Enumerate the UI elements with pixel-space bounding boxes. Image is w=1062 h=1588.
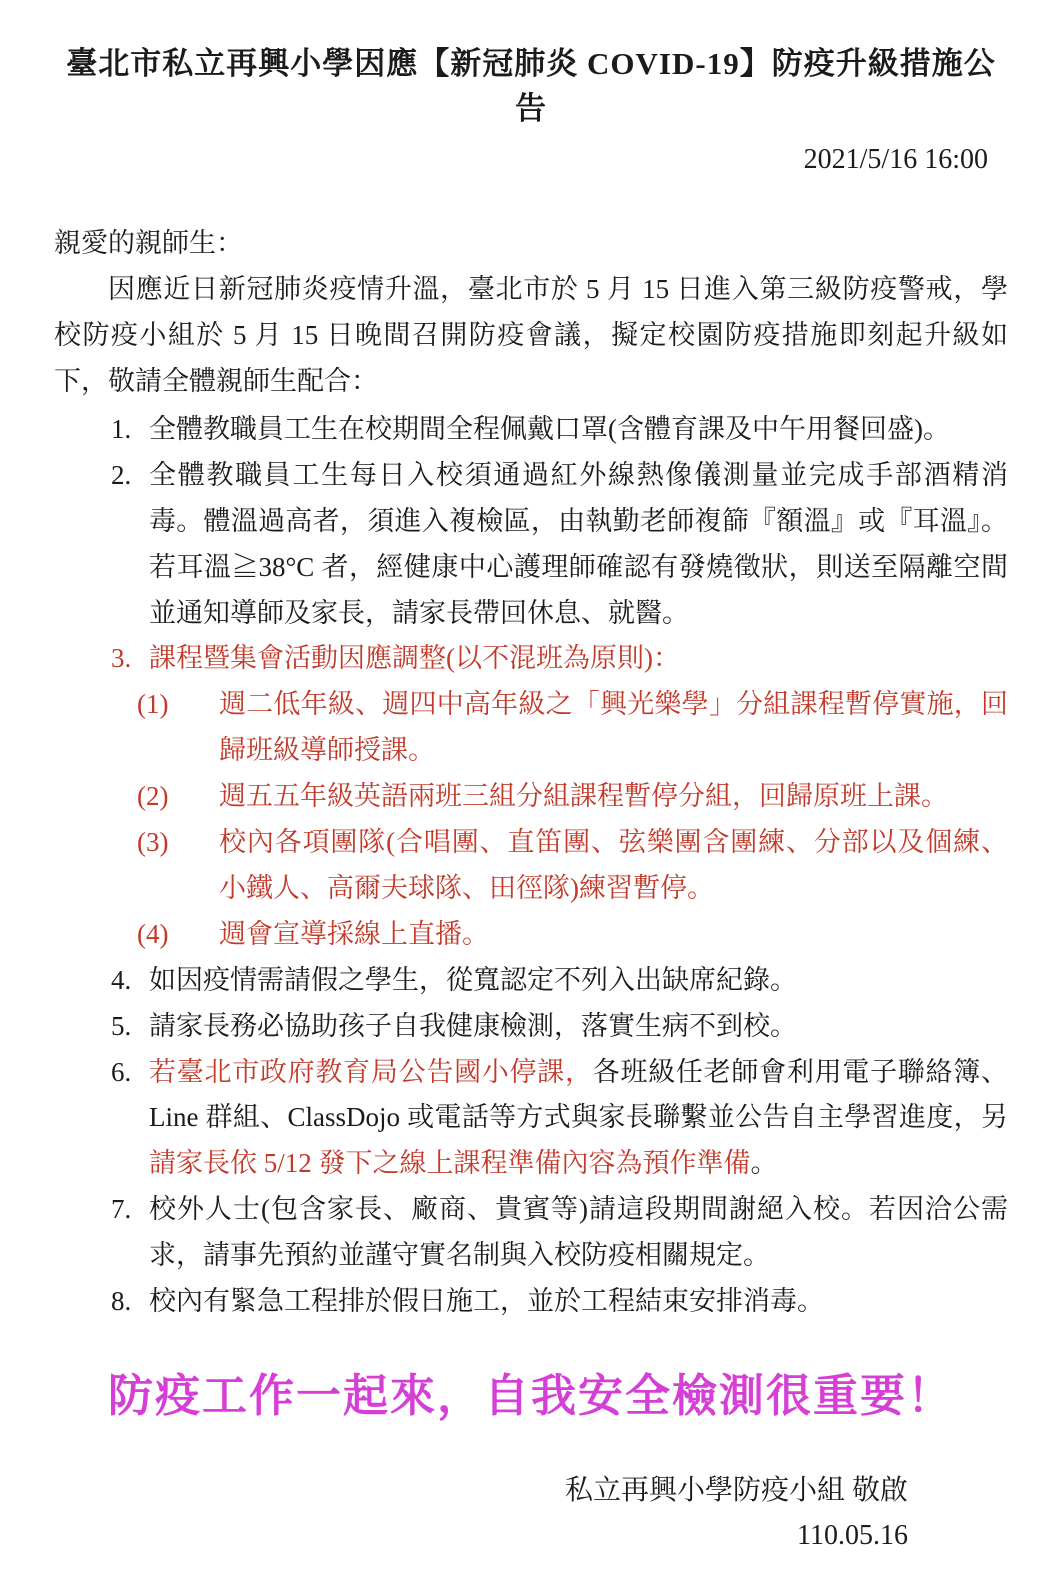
subitem-text: 校內各項團隊(合唱團、直笛團、弦樂團含團練、分部以及個練、小鐵人、高爾夫球隊、田… bbox=[219, 827, 1008, 903]
list-item-2: 2. 全體教職員工生每日入校須通過紅外線熱像儀測量並完成手部酒精消毒。體溫過高者… bbox=[54, 453, 1008, 637]
subitem-text: 週會宣導採線上直播。 bbox=[219, 919, 489, 949]
highlight-banner: 防疫工作一起來，自我安全檢測很重要！ bbox=[54, 1369, 1008, 1423]
subitem-number: (1) bbox=[137, 682, 168, 728]
list-item-7: 7. 校外人士(包含家長、廠商、貴賓等)請這段期間謝絕入校。若因洽公需求，請事先… bbox=[54, 1187, 1008, 1279]
item-text: 全體教職員工生每日入校須通過紅外線熱像儀測量並完成手部酒精消毒。體溫過高者，須進… bbox=[149, 460, 1008, 628]
sub-list-item-3: (3) 校內各項團隊(合唱團、直笛團、弦樂團含團練、分部以及個練、小鐵人、高爾夫… bbox=[54, 820, 1008, 912]
subitem-number: (2) bbox=[137, 774, 168, 820]
sub-list-item-2: (2) 週五五年級英語兩班三組分組課程暫停分組，回歸原班上課。 bbox=[54, 774, 1008, 820]
signoff-date: 110.05.16 bbox=[54, 1514, 1008, 1559]
list-item-4: 4. 如因疫情需請假之學生，從寬認定不列入出缺席紀錄。 bbox=[54, 958, 1008, 1004]
subitem-number: (4) bbox=[137, 912, 168, 958]
subitem-number: (3) bbox=[137, 820, 168, 866]
item-number: 1. bbox=[111, 407, 131, 453]
salutation: 親愛的親師生： bbox=[54, 221, 1008, 267]
announcement-datetime: 2021/5/16 16:00 bbox=[54, 136, 1008, 184]
signoff: 私立再興小學防疫小組 敬啟 bbox=[54, 1469, 1008, 1514]
item-number: 5. bbox=[111, 1004, 131, 1050]
item-number: 8. bbox=[111, 1279, 131, 1325]
measures-list: 1. 全體教職員工生在校期間全程佩戴口罩(含體育課及中午用餐回盛)。 2. 全體… bbox=[54, 407, 1008, 1325]
item-text-segment: 若臺北市政府教育局公告國小停課， bbox=[149, 1057, 593, 1087]
item-text-segment: 請家長依 5/12 發下之線上課程準備內容為預作準備 bbox=[149, 1148, 751, 1178]
item-number: 7. bbox=[111, 1187, 131, 1233]
item-text: 全體教職員工生在校期間全程佩戴口罩(含體育課及中午用餐回盛)。 bbox=[149, 414, 950, 444]
subitem-text: 週五五年級英語兩班三組分組課程暫停分組，回歸原班上課。 bbox=[219, 781, 948, 811]
item-number: 3. bbox=[111, 636, 131, 682]
list-item-5: 5. 請家長務必協助孩子自我健康檢測，落實生病不到校。 bbox=[54, 1004, 1008, 1050]
item-number: 4. bbox=[111, 958, 131, 1004]
intro-paragraph: 因應近日新冠肺炎疫情升溫，臺北市於 5 月 15 日進入第三級防疫警戒，學校防疫… bbox=[54, 267, 1008, 405]
item-text: 如因疫情需請假之學生，從寬認定不列入出缺席紀錄。 bbox=[149, 965, 797, 995]
item-text: 校外人士(包含家長、廠商、貴賓等)請這段期間謝絕入校。若因洽公需求，請事先預約並… bbox=[149, 1194, 1008, 1270]
item-text-segment: 。 bbox=[751, 1148, 778, 1178]
subitem-text: 週二低年級、週四中高年級之「興光樂學」分組課程暫停實施，回歸班級導師授課。 bbox=[219, 689, 1008, 765]
list-item-6: 6. 若臺北市政府教育局公告國小停課，各班級任老師會利用電子聯絡簿、Line 群… bbox=[54, 1050, 1008, 1188]
item-text: 請家長務必協助孩子自我健康檢測，落實生病不到校。 bbox=[149, 1011, 797, 1041]
item-text: 課程暨集會活動因應調整(以不混班為原則)： bbox=[149, 643, 680, 673]
list-item-3: 3. 課程暨集會活動因應調整(以不混班為原則)： bbox=[54, 636, 1008, 682]
sub-list-item-1: (1) 週二低年級、週四中高年級之「興光樂學」分組課程暫停實施，回歸班級導師授課… bbox=[54, 682, 1008, 774]
item-number: 2. bbox=[111, 453, 131, 499]
page-title: 臺北市私立再興小學因應【新冠肺炎 COVID-19】防疫升級措施公告 bbox=[54, 42, 1008, 132]
list-item-1: 1. 全體教職員工生在校期間全程佩戴口罩(含體育課及中午用餐回盛)。 bbox=[54, 407, 1008, 453]
announcement-page: 臺北市私立再興小學因應【新冠肺炎 COVID-19】防疫升級措施公告 2021/… bbox=[0, 0, 1062, 1588]
sub-list-item-4: (4) 週會宣導採線上直播。 bbox=[54, 912, 1008, 958]
item-number: 6. bbox=[111, 1050, 131, 1096]
item-text: 校內有緊急工程排於假日施工，並於工程結束安排消毒。 bbox=[149, 1286, 824, 1316]
list-item-8: 8. 校內有緊急工程排於假日施工，並於工程結束安排消毒。 bbox=[54, 1279, 1008, 1325]
